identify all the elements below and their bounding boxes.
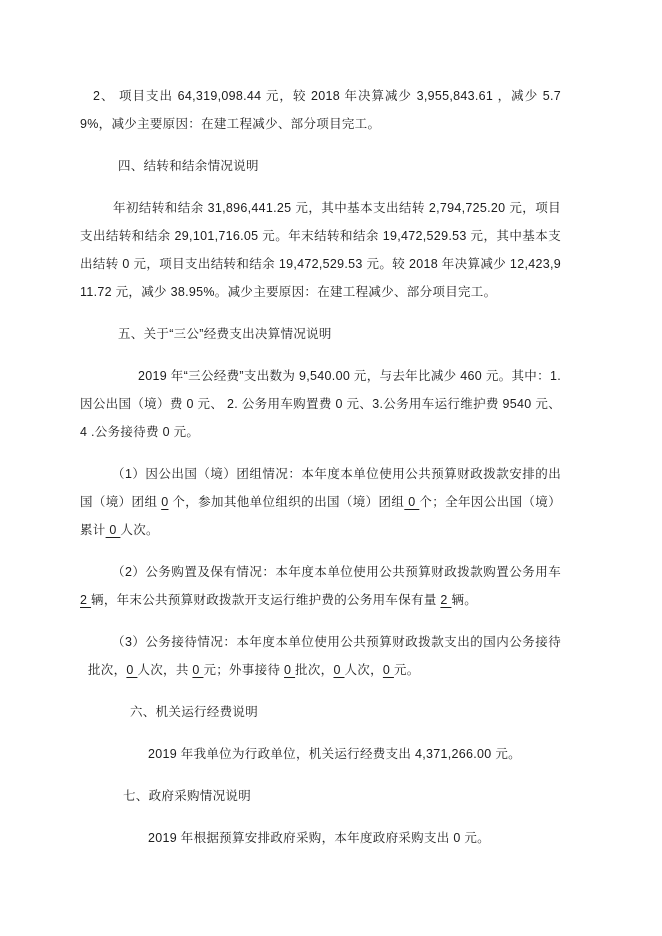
document-content: 2、 项目支出 64,319,098.44 元，较 2018 年决算减少 3,9… <box>80 82 561 866</box>
underlined-value: 0 <box>192 663 203 677</box>
para-official-vehicles: （2）公务购置及保有情况：本年度本单位使用公共预算财政拨款购置公务用车 2 辆，… <box>80 558 561 614</box>
para-project-expense: 2、 项目支出 64,319,098.44 元，较 2018 年决算减少 3,9… <box>80 82 561 138</box>
text-run: 人次。 <box>120 523 158 537</box>
text-run: 五、关于“三公”经费支出决算情况说明 <box>118 327 332 341</box>
text-run: （2）公务购置及保有情况：本年度本单位使用公共预算财政拨款购置公务用车 <box>112 565 561 579</box>
text-run: 元。 <box>394 663 420 677</box>
underlined-value: 0 <box>404 495 419 509</box>
para-procurement: 2019 年根据预算安排政府采购，本年度政府采购支出 0 元。 <box>80 824 561 852</box>
para-official-reception: （3）公务接待情况：本年度本单位使用公共预算财政拨款支出的国内公务接待批次，0 … <box>80 628 561 684</box>
para-operating-cost: 2019 年我单位为行政单位，机关运行经费支出 4,371,266.00 元。 <box>80 740 561 768</box>
text-run: 年初结转和结余 31,896,441.25 元，其中基本支出结转 2,794,7… <box>80 201 561 299</box>
text-run: 六、机关运行经费说明 <box>130 705 258 719</box>
para-carryover-detail: 年初结转和结余 31,896,441.25 元，其中基本支出结转 2,794,7… <box>80 194 561 306</box>
text-run: 2、 项目支出 64,319,098.44 元，较 2018 年决算减少 3,9… <box>80 89 561 131</box>
text-run: 2019 年“三公经费”支出数为 9,540.00 元，与去年比减少 460 元… <box>80 369 561 439</box>
underlined-value: 0 <box>106 523 121 537</box>
heading-section-6-operating: 六、机关运行经费说明 <box>80 698 561 726</box>
text-run: 2019 年根据预算安排政府采购，本年度政府采购支出 0 元。 <box>148 831 490 845</box>
underlined-value: 0 <box>383 663 394 677</box>
underlined-value: 0 <box>126 663 137 677</box>
underlined-value: 2 <box>80 593 91 607</box>
text-run: 人次， <box>345 663 383 677</box>
underlined-value: 0 <box>284 663 295 677</box>
text-run: 辆。 <box>451 593 477 607</box>
text-run: 辆，年末公共预算财政拨款开支运行维护费的公务用车保有量 <box>91 593 440 607</box>
document-page: 2、 项目支出 64,319,098.44 元，较 2018 年决算减少 3,9… <box>0 0 662 936</box>
heading-section-5-sangong: 五、关于“三公”经费支出决算情况说明 <box>80 320 561 348</box>
underlined-value: 0 <box>333 663 344 677</box>
para-abroad-groups: （1）因公出国（境）团组情况：本年度本单位使用公共预算财政拨款安排的出国（境）团… <box>80 460 561 544</box>
text-run: 个，参加其他单位组织的出国（境）团组 <box>168 495 404 509</box>
text-run: 四、结转和结余情况说明 <box>118 159 259 173</box>
underlined-value: 2 <box>440 593 451 607</box>
heading-section-4-carryover: 四、结转和结余情况说明 <box>80 152 561 180</box>
text-run: 2019 年我单位为行政单位，机关运行经费支出 4,371,266.00 元。 <box>148 747 521 761</box>
text-run: 元；外事接待 <box>203 663 284 677</box>
heading-section-7-procurement: 七、政府采购情况说明 <box>80 782 561 810</box>
para-sangong-summary: 2019 年“三公经费”支出数为 9,540.00 元，与去年比减少 460 元… <box>80 362 561 446</box>
text-run: 批次， <box>295 663 333 677</box>
text-run: 七、政府采购情况说明 <box>123 789 251 803</box>
text-run: 人次，共 <box>137 663 192 677</box>
